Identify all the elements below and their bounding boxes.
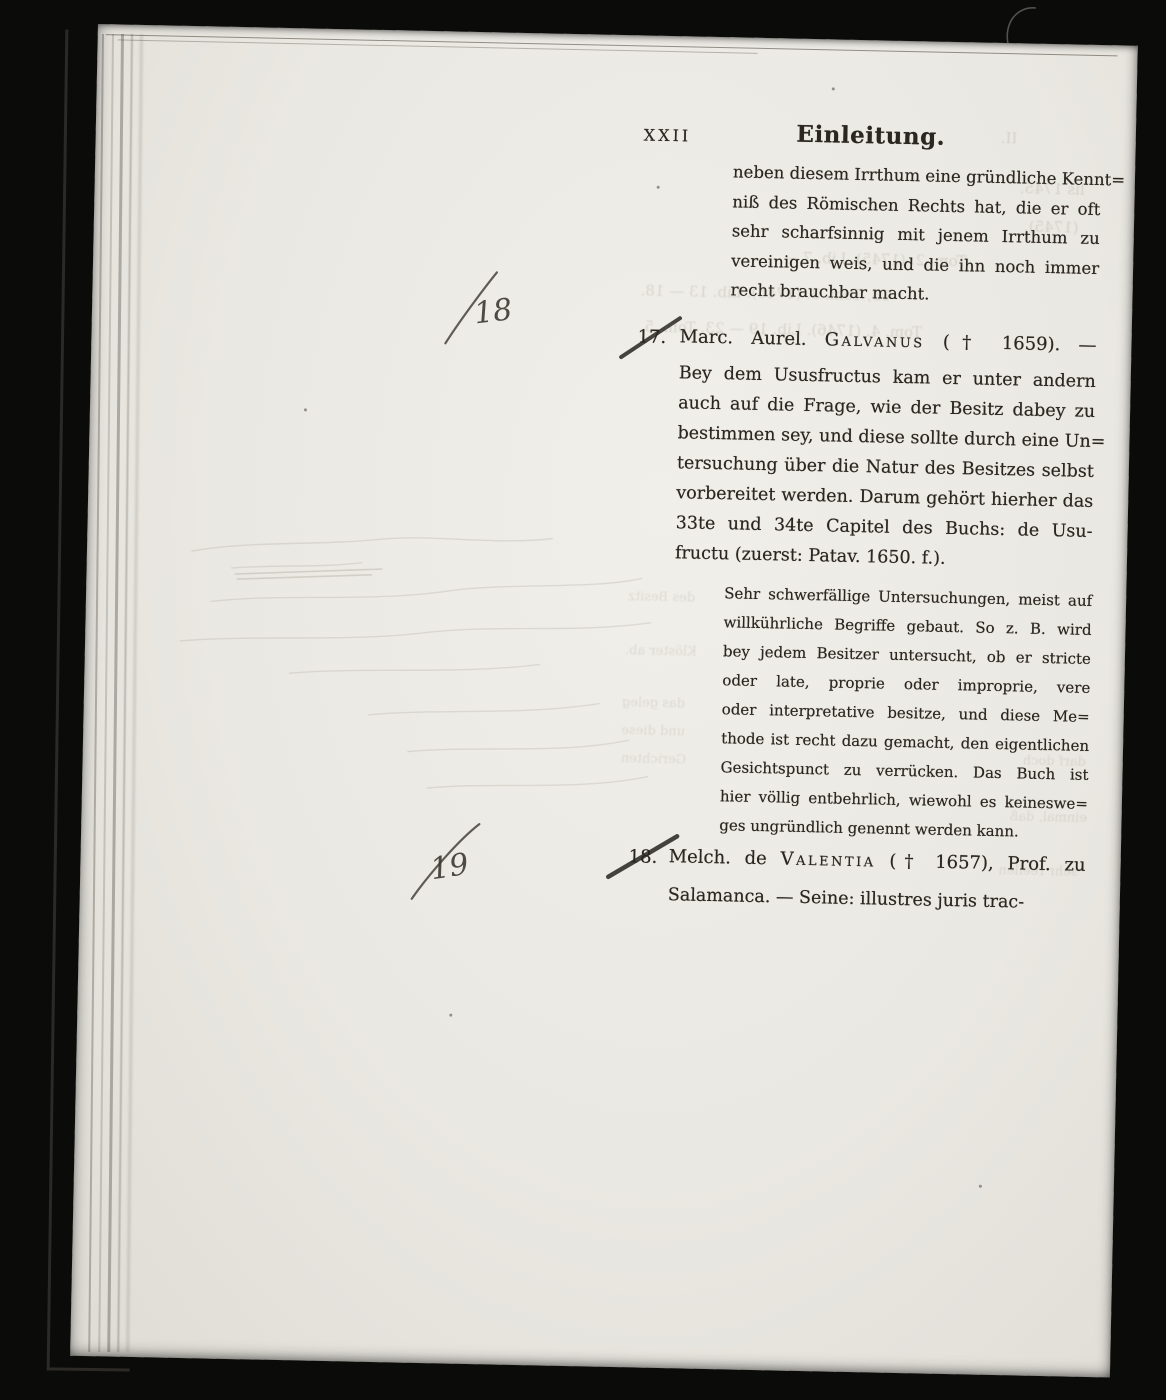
bleedthrough-fragment: Tom. 2. (1745). Lib. 7 — — [783, 248, 967, 270]
bleedthrough-fragment: und diese — [621, 723, 685, 739]
bleedthrough-fragment: II. — [1001, 129, 1018, 147]
dust-speck — [304, 408, 307, 411]
bleedthrough-fragment: (1745). — [1024, 217, 1079, 236]
text-line: Salamanca. — Seine: illustres juris trac… — [668, 878, 1086, 921]
dust-speck — [979, 1185, 982, 1188]
bleedthrough-fragment: Gerichten — [621, 751, 687, 767]
bleedthrough-fragment: 13, Tom. 3. (1746). Lib. 13 — 18. — [640, 281, 890, 304]
bleedthrough-fragment: sehr reellen — [998, 863, 1077, 880]
photo-artifact-curve — [1002, 2, 1062, 46]
bleedthrough-fragment: des Besitz — [628, 589, 695, 605]
scanned-book-photo: XXII Einleitung. neben diesem Irrthum ei… — [0, 0, 1166, 1400]
handwritten-number-18: 18 — [472, 292, 514, 331]
entry-17-note: Sehr schwerfällige Untersuchungen, meist… — [719, 579, 1092, 848]
strikethrough-18 — [604, 829, 685, 883]
bleedthrough-fragment: das geleg — [622, 695, 685, 711]
bleedthrough-fragment: einmal, daß — [1009, 809, 1087, 826]
page-number: XXII — [644, 125, 692, 145]
entry-17-body: Bey dem Ususfructus kam er unter anderna… — [675, 358, 1096, 577]
entry-18-body: Salamanca. — Seine: illustres juris trac… — [668, 878, 1086, 921]
bleedthrough-fragment: Klöster ab. — [625, 643, 697, 660]
pencil-marginalia — [166, 521, 672, 831]
page-edge-line — [106, 34, 1118, 56]
bleedthrough-fragment: lis 1745. — [1020, 179, 1085, 198]
dust-speck — [657, 186, 660, 189]
entry-17-dates: († 1659). — — [924, 331, 1096, 356]
book-page: XXII Einleitung. neben diesem Irrthum ei… — [70, 24, 1138, 1377]
bleedthrough-fragment: darf doch — [1023, 754, 1086, 770]
entry-18-author: Melch. de — [668, 846, 780, 869]
dust-speck — [449, 1014, 452, 1017]
dust-speck — [832, 87, 835, 90]
entry-18-surname: Valentia — [780, 848, 876, 871]
page-title: Einleitung. — [751, 120, 992, 152]
handwritten-number-19: 19 — [428, 847, 471, 887]
